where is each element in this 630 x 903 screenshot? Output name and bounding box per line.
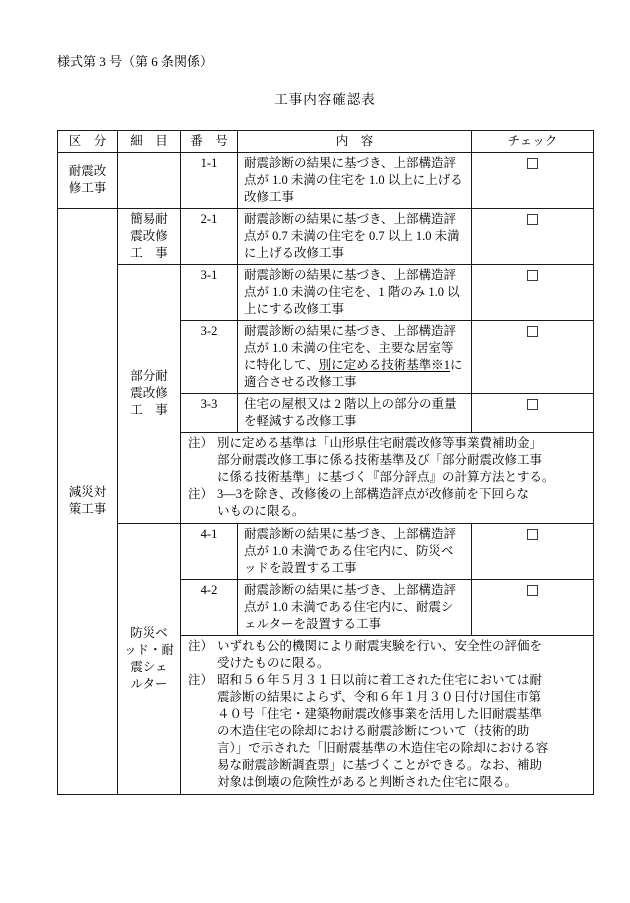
table-row-3-1: 部分耐 震改修 工 事 3-1 耐震診断の結果に基づき、上部構造評点が 1.0 … xyxy=(58,264,594,320)
row-content-2-1: 耐震診断の結果に基づき、上部構造評点が 0.7 未満の住宅を 0.7 以上 1.… xyxy=(238,208,472,264)
construction-confirmation-table: 区 分 細 目 番 号 内 容 チェック 耐震改 修工事 1-1 耐震診断の結果… xyxy=(57,130,594,795)
header-number: 番 号 xyxy=(181,130,238,152)
category-seismic-retrofit: 耐震改 修工事 xyxy=(58,152,118,208)
note-marker: 注） xyxy=(188,435,213,452)
checkbox-4-1[interactable] xyxy=(527,529,538,540)
check-cell-3-1 xyxy=(472,264,594,320)
row-number-1-1: 1-1 xyxy=(181,152,238,208)
check-cell-3-3 xyxy=(472,393,594,432)
row-content-1-1: 耐震診断の結果に基づき、上部構造評点が 1.0 未満の住宅を 1.0 以上に上げ… xyxy=(238,152,472,208)
note-item: 注） いずれも公的機関により耐震実験を行い、安全性の評価を 受けたものに限る。 xyxy=(184,638,590,672)
note-text: 3―3を除き、改修後の上部構造評点が改修前を下回らな いものに限る。 xyxy=(217,486,590,520)
check-cell-1-1 xyxy=(472,152,594,208)
category-disaster-mitigation: 減災対 策工事 xyxy=(58,208,118,794)
check-cell-3-2 xyxy=(472,320,594,393)
header-category: 区 分 xyxy=(58,130,118,152)
subcategory-disaster-bed-shelter: 防災ベ ッド・耐 震シェ ルター xyxy=(118,523,181,794)
row-number-3-1: 3-1 xyxy=(181,264,238,320)
note-marker: 注） xyxy=(188,672,213,689)
row-content-4-2: 耐震診断の結果に基づき、上部構造評点が 1.0 未満である住宅内に、耐震シェルタ… xyxy=(238,579,472,635)
row-number-2-1: 2-1 xyxy=(181,208,238,264)
note-item: 注） 3―3を除き、改修後の上部構造評点が改修前を下回らな いものに限る。 xyxy=(184,486,590,520)
table-header-row: 区 分 細 目 番 号 内 容 チェック xyxy=(58,130,594,152)
row-number-4-1: 4-1 xyxy=(181,523,238,579)
row-content-3-2: 耐震診断の結果に基づき、上部構造評点が 1.0 未満の住宅を、主要な居室等に特化… xyxy=(238,320,472,393)
row-content-4-1: 耐震診断の結果に基づき、上部構造評点が 1.0 未満である住宅内に、防災ベッドを… xyxy=(238,523,472,579)
note-text: 昭和５６年５月３１日以前に着工された住宅においては耐 震診断の結果によらず、令和… xyxy=(217,672,590,791)
form-number-label: 様式第 3 号（第 6 条関係） xyxy=(57,54,593,71)
header-check: チェック xyxy=(472,130,594,152)
subcategory-simple-seismic: 簡易耐 震改修 工 事 xyxy=(118,208,181,264)
checkbox-1-1[interactable] xyxy=(527,158,538,169)
table-row-2-1: 減災対 策工事 簡易耐 震改修 工 事 2-1 耐震診断の結果に基づき、上部構造… xyxy=(58,208,594,264)
document-page: 様式第 3 号（第 6 条関係） 工事内容確認表 区 分 細 目 番 号 内 容… xyxy=(0,0,630,795)
checkbox-3-2[interactable] xyxy=(527,326,538,337)
table-row-4-1: 防災ベ ッド・耐 震シェ ルター 4-1 耐震診断の結果に基づき、上部構造評点が… xyxy=(58,523,594,579)
note-text: いずれも公的機関により耐震実験を行い、安全性の評価を 受けたものに限る。 xyxy=(217,638,590,672)
checkbox-2-1[interactable] xyxy=(527,214,538,225)
note-text: 別に定める基準は「山形県住宅耐震改修等事業費補助金」 部分耐震改修工事に係る技術… xyxy=(217,435,590,486)
note-marker: 注） xyxy=(188,486,213,503)
header-content: 内 容 xyxy=(238,130,472,152)
row-number-3-3: 3-3 xyxy=(181,393,238,432)
row-content-3-1: 耐震診断の結果に基づき、上部構造評点が 1.0 未満の住宅を、1 階のみ 1.0… xyxy=(238,264,472,320)
checkbox-3-1[interactable] xyxy=(527,270,538,281)
check-cell-4-2 xyxy=(472,579,594,635)
header-subcategory: 細 目 xyxy=(118,130,181,152)
checkbox-3-3[interactable] xyxy=(527,399,538,410)
row-number-4-2: 4-2 xyxy=(181,579,238,635)
table-row-1-1: 耐震改 修工事 1-1 耐震診断の結果に基づき、上部構造評点が 1.0 未満の住… xyxy=(58,152,594,208)
notes-bed-shelter: 注） いずれも公的機関により耐震実験を行い、安全性の評価を 受けたものに限る。 … xyxy=(181,635,594,794)
checkbox-4-2[interactable] xyxy=(527,585,538,596)
page-title: 工事内容確認表 xyxy=(57,88,593,108)
notes-partial-seismic: 注） 別に定める基準は「山形県住宅耐震改修等事業費補助金」 部分耐震改修工事に係… xyxy=(181,432,594,523)
row-content-3-2-underlined: 別に定める技術基準※1 xyxy=(319,358,450,372)
note-item: 注） 昭和５６年５月３１日以前に着工された住宅においては耐 震診断の結果によらず… xyxy=(184,672,590,791)
subcategory-empty xyxy=(118,152,181,208)
note-marker: 注） xyxy=(188,638,213,655)
check-cell-4-1 xyxy=(472,523,594,579)
row-content-3-3: 住宅の屋根又は 2 階以上の部分の重量を軽減する改修工事 xyxy=(238,393,472,432)
row-number-3-2: 3-2 xyxy=(181,320,238,393)
note-item: 注） 別に定める基準は「山形県住宅耐震改修等事業費補助金」 部分耐震改修工事に係… xyxy=(184,435,590,486)
subcategory-partial-seismic: 部分耐 震改修 工 事 xyxy=(118,264,181,523)
check-cell-2-1 xyxy=(472,208,594,264)
